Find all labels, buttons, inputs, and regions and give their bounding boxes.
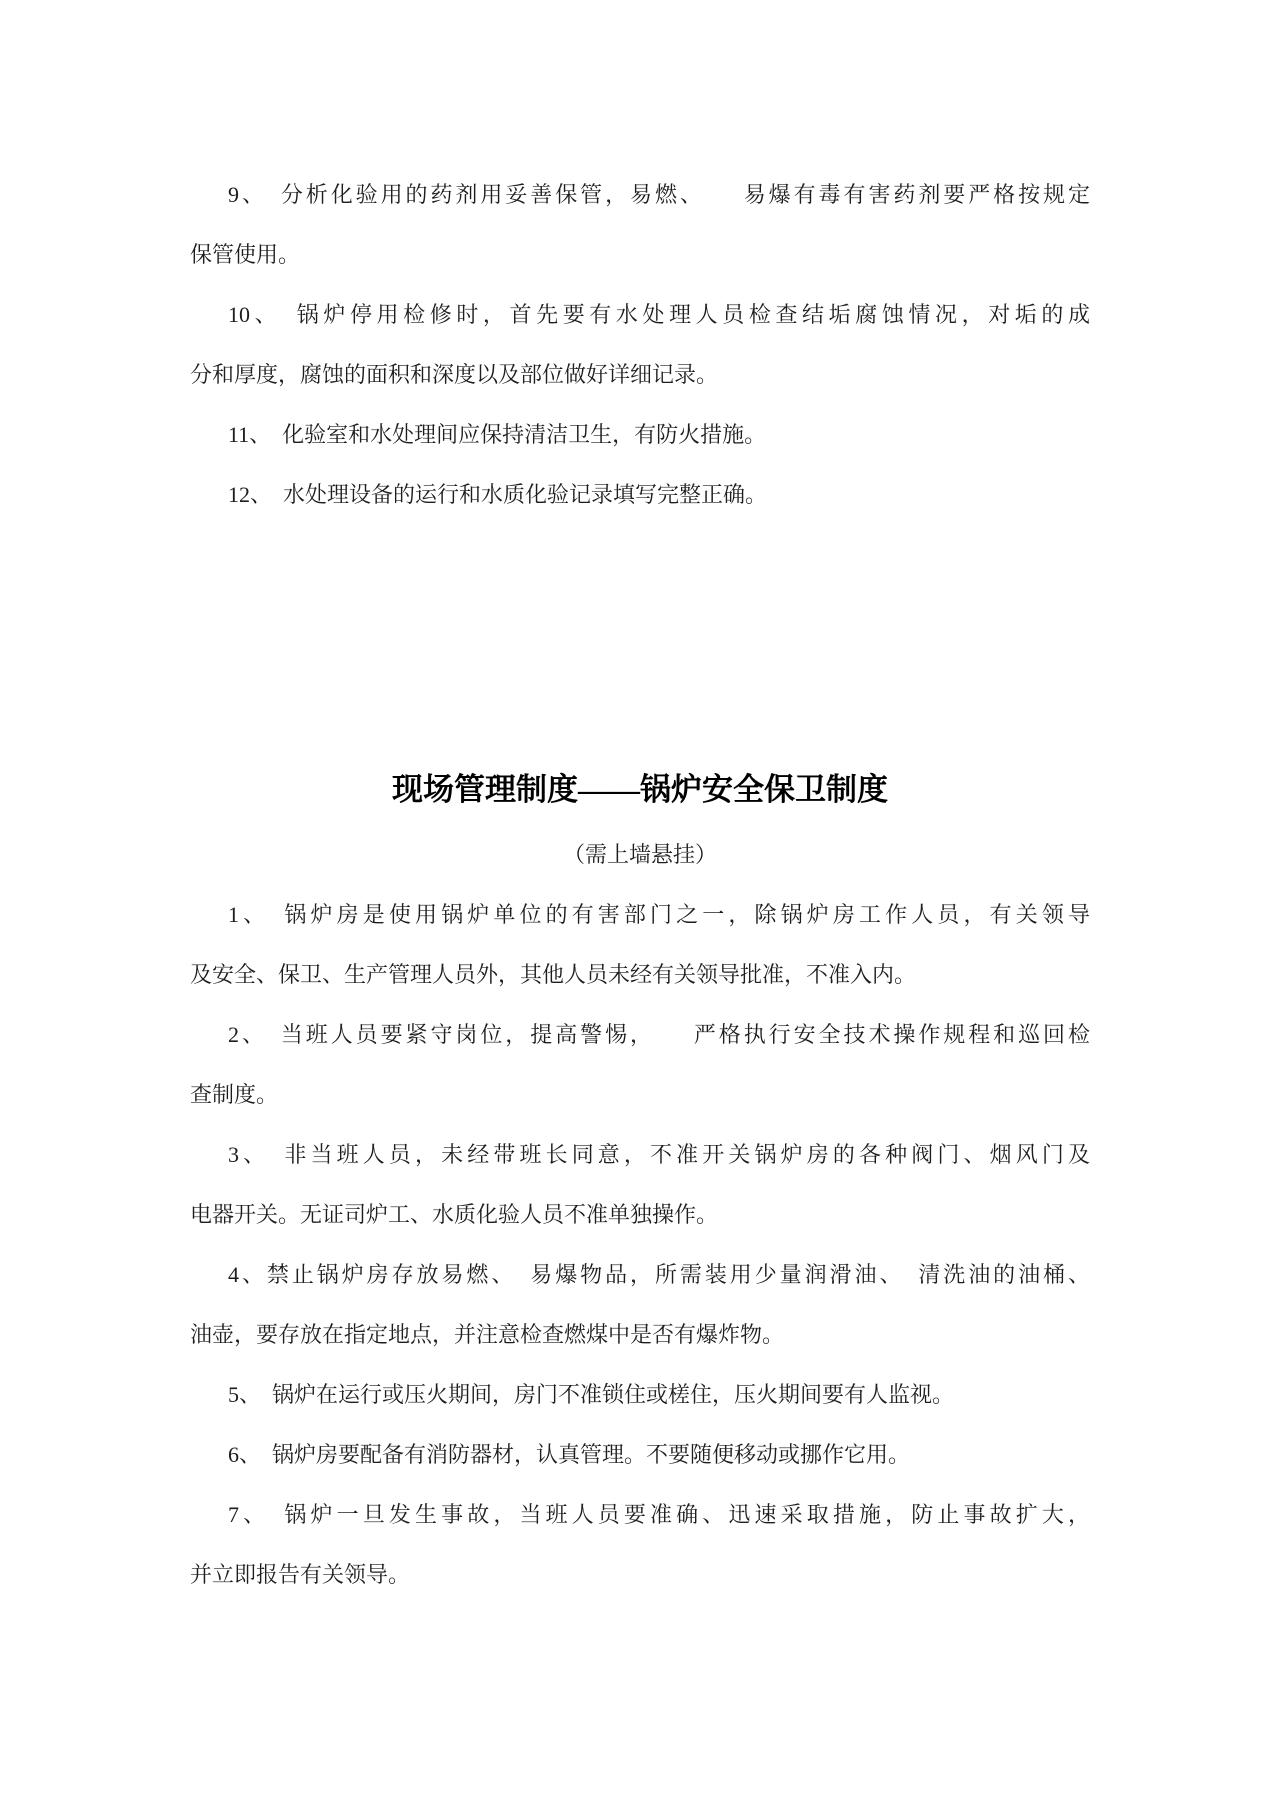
text-line: 5、 锅炉在运行或压火期间，房门不准锁住或槎住，压火期间要有人监视。 xyxy=(190,1365,1090,1425)
list-item-6: 6、 锅炉房要配备有消防器材，认真管理。不要随便移动或挪作它用。 xyxy=(190,1425,1090,1485)
text-line: 12、 水处理设备的运行和水质化验记录填写完整正确。 xyxy=(190,465,1090,525)
text-line: 7、 锅炉一旦发生事故，当班人员要准确、迅速采取措施，防止事故扩大， xyxy=(190,1485,1090,1545)
text-line: 4、禁止锅炉房存放易燃、 易爆物品，所需装用少量润滑油、 清洗油的油桶、 xyxy=(190,1245,1090,1305)
text-line: 油壶，要存放在指定地点，并注意检查燃煤中是否有爆炸物。 xyxy=(190,1305,1090,1365)
text-line: 11、 化验室和水处理间应保持清洁卫生，有防火措施。 xyxy=(190,405,1090,465)
text-line: 3、 非当班人员，未经带班长同意，不准开关锅炉房的各种阀门、烟风门及 xyxy=(190,1125,1090,1185)
text-line: 保管使用。 xyxy=(190,225,1090,285)
list-item-5: 5、 锅炉在运行或压火期间，房门不准锁住或槎住，压火期间要有人监视。 xyxy=(190,1365,1090,1425)
text-line: 电器开关。无证司炉工、水质化验人员不准单独操作。 xyxy=(190,1185,1090,1245)
document-content: 9、 分析化验用的药剂用妥善保管，易燃、 易爆有毒有害药剂要严格按规定 保管使用… xyxy=(190,165,1090,1605)
text-line: 10、 锅炉停用检修时，首先要有水处理人员检查结垢腐蚀情况，对垢的成 xyxy=(190,285,1090,345)
section-subtitle: （需上墙悬挂） xyxy=(190,825,1090,885)
text-line: 2、 当班人员要紧守岗位，提高警惕， 严格执行安全技术操作规程和巡回检 xyxy=(190,1005,1090,1065)
text-line: 及安全、保卫、生产管理人员外，其他人员未经有关领导批准，不准入内。 xyxy=(190,945,1090,1005)
list-item-2: 2、 当班人员要紧守岗位，提高警惕， 严格执行安全技术操作规程和巡回检 查制度。 xyxy=(190,1005,1090,1125)
list-item-10: 10、 锅炉停用检修时，首先要有水处理人员检查结垢腐蚀情况，对垢的成 分和厚度，… xyxy=(190,285,1090,405)
list-item-4: 4、禁止锅炉房存放易燃、 易爆物品，所需装用少量润滑油、 清洗油的油桶、 油壶，… xyxy=(190,1245,1090,1365)
document-page: 9、 分析化验用的药剂用妥善保管，易燃、 易爆有毒有害药剂要严格按规定 保管使用… xyxy=(0,0,1275,1804)
list-item-9: 9、 分析化验用的药剂用妥善保管，易燃、 易爆有毒有害药剂要严格按规定 保管使用… xyxy=(190,165,1090,285)
list-item-12: 12、 水处理设备的运行和水质化验记录填写完整正确。 xyxy=(190,465,1090,525)
list-item-3: 3、 非当班人员，未经带班长同意，不准开关锅炉房的各种阀门、烟风门及 电器开关。… xyxy=(190,1125,1090,1245)
text-line: 6、 锅炉房要配备有消防器材，认真管理。不要随便移动或挪作它用。 xyxy=(190,1425,1090,1485)
text-line: 9、 分析化验用的药剂用妥善保管，易燃、 易爆有毒有害药剂要严格按规定 xyxy=(190,165,1090,225)
list-item-11: 11、 化验室和水处理间应保持清洁卫生，有防火措施。 xyxy=(190,405,1090,465)
text-line: 并立即报告有关领导。 xyxy=(190,1545,1090,1605)
text-line: 查制度。 xyxy=(190,1065,1090,1125)
section-title: 现场管理制度——锅炉安全保卫制度 xyxy=(190,755,1090,825)
text-line: 1、 锅炉房是使用锅炉单位的有害部门之一，除锅炉房工作人员，有关领导 xyxy=(190,885,1090,945)
text-line: 分和厚度，腐蚀的面积和深度以及部位做好详细记录。 xyxy=(190,345,1090,405)
list-item-7: 7、 锅炉一旦发生事故，当班人员要准确、迅速采取措施，防止事故扩大， 并立即报告… xyxy=(190,1485,1090,1605)
list-item-1: 1、 锅炉房是使用锅炉单位的有害部门之一，除锅炉房工作人员，有关领导 及安全、保… xyxy=(190,885,1090,1005)
